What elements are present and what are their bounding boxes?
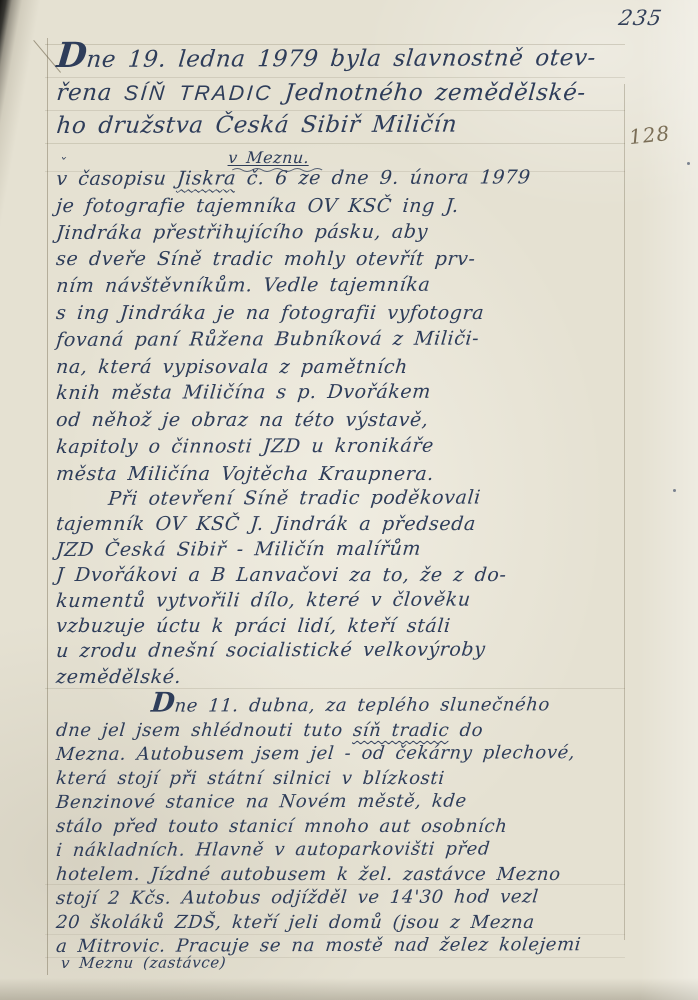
text-segment: JZD Česká Sibiř - Miličín malířům — [55, 538, 422, 561]
paragraph-p1: v časopisu Jiskra č. 6 ze dne 9. února 1… — [55, 166, 659, 488]
text-line: města Miličína Vojtěcha Kraupnera. — [55, 461, 661, 488]
text-line: Benzinové stanice na Novém městě, kde — [55, 789, 661, 815]
text-line: Dne 11. dubna, za teplého slunečného — [55, 690, 662, 719]
inserted-text-label: v Meznu. — [227, 148, 310, 167]
text-segment: od něhož je obraz na této výstavě, — [55, 409, 429, 431]
text-line: Při otevření Síně tradic poděkovali — [55, 485, 662, 513]
chronicle-page: 235 128 ˇ v Meznu. Dne 19. ledna 1979 by… — [0, 0, 698, 1000]
text-segment: ne 11. dubna, za teplého slunečného — [174, 694, 551, 716]
text-line: od něhož je obraz na této výstavě, — [55, 407, 661, 434]
text-segment: u zrodu dnešní socialistické velkovýroby — [55, 639, 486, 662]
text-segment-caps: SÍŇ TRADIC — [123, 82, 274, 105]
text-line: s ing Jindráka je na fotografii vyfotogr… — [55, 300, 661, 327]
text-segment: stálo před touto stanicí mnoho aut osobn… — [55, 816, 508, 837]
text-line: tajemník OV KSČ J. Jindrák a předseda — [55, 512, 661, 537]
text-line: v Meznu (zastávce) — [60, 951, 666, 973]
text-segment: Při otevření Síně tradic poděkovali — [107, 487, 482, 510]
text-segment: č. 6 ze dne 9. února 1979 — [235, 166, 531, 189]
text-line: zemědělské. — [55, 665, 661, 690]
text-segment-wavy: síň tradic — [352, 720, 450, 741]
text-segment: na, která vypisovala z pamětních — [55, 356, 409, 378]
text-line: Mezna. Autobusem jsem jel - od čekárny p… — [55, 741, 661, 767]
text-line: J Dvořákovi a B Lanvačovi za to, že z do… — [55, 563, 661, 588]
text-segment: J Dvořákovi a B Lanvačovi za to, že z do… — [55, 564, 507, 586]
text-segment: řena — [55, 80, 125, 106]
text-segment: Jednotného zemědělské- — [272, 80, 587, 106]
text-segment: do — [448, 720, 484, 741]
text-segment: v Meznu (zastávce) — [60, 953, 227, 972]
text-line: kapitoly o činnosti JZD u kronikáře — [55, 432, 662, 461]
text-segment: Jindráka přestřihujícího pásku, aby — [55, 220, 429, 243]
text-segment: tajemník OV KSČ J. Jindrák a předseda — [55, 513, 477, 535]
text-segment: která stojí při státní silnici v blízkos… — [55, 768, 445, 789]
paragraph-p3: Dne 11. dubna, za teplého slunečnéhodne … — [55, 692, 659, 959]
text-segment: vzbuzuje úctu k práci lidí, kteří stáli — [55, 615, 452, 637]
margin-rule-left — [47, 38, 48, 975]
text-segment: kapitoly o činnosti JZD u kronikáře — [55, 435, 435, 458]
text-line: se dveře Síně tradic mohly otevřít prv- — [55, 246, 661, 273]
text-segment: v časopisu — [55, 168, 178, 190]
text-segment: fovaná paní Růžena Bubníková z Miliči- — [55, 327, 480, 350]
ink-speck — [673, 489, 676, 492]
text-segment: Benzinové stanice na Novém městě, kde — [55, 791, 468, 813]
text-line: ním návštěvníkům. Vedle tajemníka — [55, 271, 662, 300]
text-line: 20 školáků ZDŠ, kteří jeli domů (jsou z … — [55, 911, 661, 935]
text-segment: s ing Jindráka je na fotografii vyfotogr… — [55, 302, 485, 324]
text-line: na, která vypisovala z pamětních — [55, 354, 661, 381]
text-line: vzbuzuje úctu k práci lidí, kteří stáli — [55, 614, 661, 639]
text-segment: města Miličína Vojtěcha Kraupnera. — [55, 463, 435, 485]
text-line: JZD Česká Sibiř - Miličín malířům — [55, 536, 662, 564]
text-segment: zemědělské. — [55, 666, 182, 688]
text-line: u zrodu dnešní socialistické velkovýroby — [55, 637, 662, 665]
page-number: 235 — [617, 6, 664, 30]
text-segment: Mezna. Autobusem jsem jel - od čekárny p… — [55, 742, 576, 765]
text-segment: kumentů vytvořili dílo, které v člověku — [55, 588, 472, 611]
text-segment: ho družstva Česká Sibiř Miličín — [55, 112, 458, 139]
text-segment: ním návštěvníkům. Vedle tajemníka — [55, 274, 431, 297]
text-line: stálo před touto stanicí mnoho aut osobn… — [55, 815, 661, 839]
text-line: i nákladních. Hlavně v autoparkovišti př… — [55, 837, 661, 863]
text-segment-ornate: D — [55, 36, 89, 76]
paragraph-p2: Při otevření Síně tradic poděkovalitajem… — [55, 487, 659, 690]
text-line: v časopisu Jiskra č. 6 ze dne 9. února 1… — [55, 164, 662, 193]
text-segment: stojí 2 Kčs. Autobus odjížděl ve 14'30 h… — [55, 886, 539, 909]
text-line: knih města Miličína s p. Dvořákem — [55, 378, 662, 407]
text-line: kumentů vytvořili dílo, které v člověku — [55, 587, 662, 615]
text-line: hotelem. Jízdné autobusem k žel. zastávc… — [55, 863, 661, 887]
paragraph-heading: Dne 19. ledna 1979 byla slavnostně otev-… — [55, 40, 659, 143]
text-segment: ne 19. ledna 1979 byla slavnostně otev- — [85, 45, 597, 73]
text-line: stojí 2 Kčs. Autobus odjížděl ve 14'30 h… — [55, 885, 661, 911]
text-line: dne jel jsem shlédnouti tuto síň tradic … — [55, 719, 661, 743]
text-segment: 20 školáků ZDŠ, kteří jeli domů (jsou z … — [55, 912, 535, 933]
text-line: je fotografie tajemníka OV KSČ ing J. — [55, 193, 661, 220]
ink-speck — [687, 162, 690, 165]
text-segment: se dveře Síně tradic mohly otevřít prv- — [55, 248, 476, 270]
text-segment-wavy: Jiskra — [176, 167, 237, 189]
text-segment: je fotografie tajemníka OV KSČ ing J. — [55, 195, 460, 217]
guide-line — [45, 143, 625, 144]
paragraph-last: v Meznu (zastávce) — [60, 953, 664, 973]
text-segment: hotelem. Jízdné autobusem k žel. zastávc… — [55, 864, 561, 885]
text-line: Jindráka přestřihujícího pásku, aby — [55, 217, 662, 246]
text-segment: dne jel jsem shlédnouti tuto — [55, 720, 354, 741]
text-line: řena SÍŇ TRADIC Jednotného zemědělské- — [55, 77, 662, 110]
text-line: která stojí při státní silnici v blízkos… — [55, 767, 661, 791]
text-line: ho družstva Česká Sibiř Miličín — [55, 108, 662, 143]
text-segment: knih města Miličína s p. Dvořákem — [55, 381, 432, 404]
text-line: fovaná paní Růžena Bubníková z Miliči- — [55, 325, 662, 354]
text-line: Dne 19. ledna 1979 byla slavnostně otev- — [55, 38, 663, 77]
text-segment: i nákladních. Hlavně v autoparkovišti př… — [55, 838, 491, 861]
